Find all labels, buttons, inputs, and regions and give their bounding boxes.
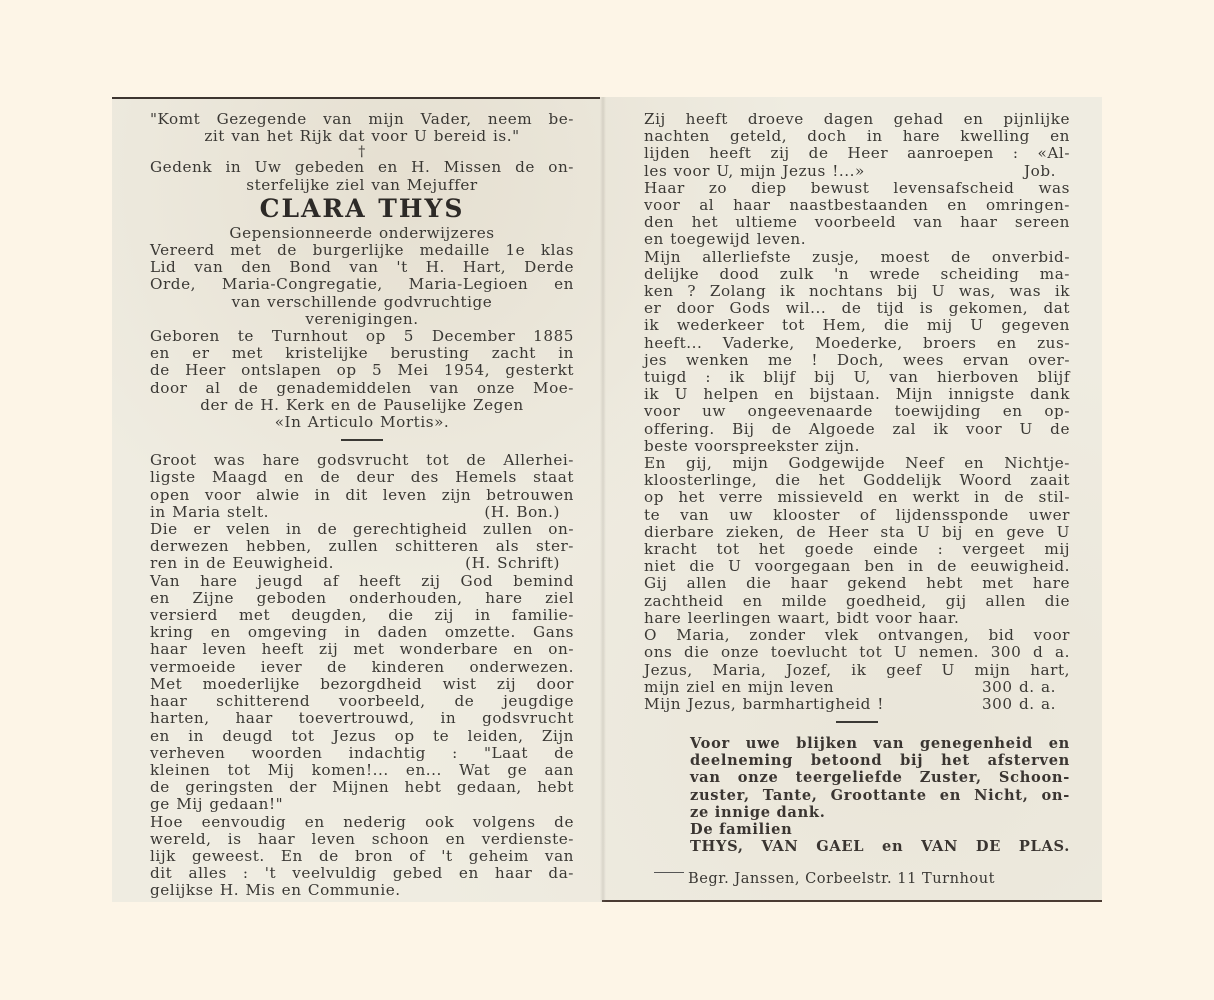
body-line: nachten geteld, doch in hare kwelling en	[644, 128, 1070, 145]
body-line: tuigd : ik blijf bij U, van hierboven bl…	[644, 369, 1070, 386]
printer-text: Begr. Janssen, Corbeelstr. 11 Turnhout	[688, 870, 995, 887]
right-panel: Zij heeft droeve dagen gehad en pijnlijk…	[644, 111, 1070, 734]
body-line: delijke dood zulk 'n wrede scheiding ma-	[644, 266, 1070, 283]
left-body-text: Groot was hare godsvrucht tot de Allerhe…	[150, 452, 574, 899]
signature-line: De familien	[690, 821, 1070, 838]
card-bottom-edge	[602, 900, 1102, 902]
body-line: ik U helpen en bijstaan. Mijn innigste d…	[644, 386, 1070, 403]
birth-line: door al de genademiddelen van onze Moe-	[150, 380, 574, 397]
body-line-text: ren in de Eeuwigheid.	[150, 555, 334, 572]
thanks-block: Voor uwe blijken van genegenheid en deel…	[690, 735, 1070, 855]
title-line: van verschillende godvruchtige	[150, 294, 574, 311]
body-line: lijden heeft zij de Heer aanroepen : «Al…	[644, 145, 1070, 162]
body-line: verheven woorden indachtig : "Laat de	[150, 745, 574, 762]
body-line: haar schitterend voorbeeld, de jeugdige	[150, 693, 574, 710]
right-body-text: Zij heeft droeve dagen gehad en pijnlijk…	[644, 111, 1070, 713]
body-line: kracht tot het goede einde : vergeet mij	[644, 541, 1070, 558]
deceased-name: CLARA THYS	[150, 195, 574, 223]
body-line: op het verre missieveld en werkt in de s…	[644, 489, 1070, 506]
body-line: en in deugd tot Jezus op te leiden, Zijn	[150, 728, 574, 745]
body-line: kloosterlinge, die het Goddelijk Woord z…	[644, 472, 1070, 489]
card-fold	[600, 97, 606, 902]
body-line: ren in de Eeuwigheid.(H. Schrift)	[150, 555, 574, 572]
birth-line: Geboren te Turnhout op 5 December 1885	[150, 328, 574, 345]
body-line: ge Mij gedaan!"	[150, 796, 574, 813]
body-line: lijk geweest. En de bron of 't geheim va…	[150, 848, 574, 865]
citation: (H. Bon.)	[484, 504, 574, 521]
body-line: Mijn allerliefste zusje, moest de onverb…	[644, 249, 1070, 266]
citation: Job.	[1024, 163, 1070, 180]
body-line: voor uw ongeevenaarde toewijding en op-	[644, 403, 1070, 420]
body-line: les voor U, mijn Jezus !...»Job.	[644, 163, 1070, 180]
thanks-line: zuster, Tante, Groottante en Nicht, on-	[690, 787, 1070, 804]
body-line: versierd met deugden, die zij in familie…	[150, 607, 574, 624]
body-line: Jezus, Maria, Jozef, ik geef U mijn hart…	[644, 662, 1070, 679]
body-line: Met moederlijke bezorgdheid wist zij doo…	[150, 676, 574, 693]
body-line: te van uw klooster of lijdenssponde uwer	[644, 507, 1070, 524]
body-line: in Maria stelt.(H. Bon.)	[150, 504, 574, 521]
body-line-text: mijn ziel en mijn leven	[644, 679, 834, 696]
body-line-text: Mijn Jezus, barmhartigheid !	[644, 696, 884, 713]
body-line: ligste Maagd en de deur des Hemels staat	[150, 469, 574, 486]
birth-death-block: Geboren te Turnhout op 5 December 1885 e…	[150, 328, 574, 431]
body-line: hare leerlingen waart, bidt voor haar.	[644, 610, 1070, 627]
quote-line: zit van het Rijk dat voor U bereid is."	[150, 128, 574, 145]
left-panel: "Komt Gezegende van mijn Vader, neem be-…	[150, 111, 574, 900]
intro-line: sterfelijke ziel van Mejuffer	[150, 177, 574, 194]
body-line: ken ? Zolang ik nochtans bij U was, was …	[644, 283, 1070, 300]
thanks-line: Voor uwe blijken van genegenheid en	[690, 735, 1070, 752]
body-line: ik wederkeer tot Hem, die mij U gegeven	[644, 317, 1070, 334]
body-line: kring en omgeving in daden omzette. Gans	[150, 624, 574, 641]
thanks-line: deelneming betoond bij het afsterven	[690, 752, 1070, 769]
body-line: En gij, mijn Godgewijde Neef en Nichtje-	[644, 455, 1070, 472]
body-line: harten, haar toevertrouwd, in godsvrucht	[150, 710, 574, 727]
body-line: haar leven heeft zij met wonderbare en o…	[150, 641, 574, 658]
body-line: kleinen tot Mij komen!... en... Wat ge a…	[150, 762, 574, 779]
body-line: en toegewijd leven.	[644, 231, 1070, 248]
body-line: Zij heeft droeve dagen gehad en pijnlijk…	[644, 111, 1070, 128]
body-line: open voor alwie in dit leven zijn betrou…	[150, 487, 574, 504]
body-line: Mijn Jezus, barmhartigheid !300 d. a.	[644, 696, 1070, 713]
body-line: wereld, is haar leven schoon en verdiens…	[150, 831, 574, 848]
title-line: Vereerd met de burgerlijke medaille 1e k…	[150, 242, 574, 259]
body-line: offering. Bij de Algoede zal ik voor U d…	[644, 421, 1070, 438]
body-line: Hoe eenvoudig en nederig ook volgens de	[150, 814, 574, 831]
cross-icon: †	[150, 145, 574, 159]
body-line: beste voorspreekster zijn.	[644, 438, 1070, 455]
printer-line: Begr. Janssen, Corbeelstr. 11 Turnhout	[654, 870, 1070, 887]
body-line: den het ultieme voorbeeld van haar seree…	[644, 214, 1070, 231]
body-line: dierbare zieken, de Heer sta U bij en ge…	[644, 524, 1070, 541]
body-line: Haar zo diep bewust levensafscheid was	[644, 180, 1070, 197]
body-line-text: in Maria stelt.	[150, 504, 269, 521]
body-line-text: les voor U, mijn Jezus !...»	[644, 163, 865, 180]
body-line: mijn ziel en mijn leven300 d. a.	[644, 679, 1070, 696]
title-line: Gepensionneerde onderwijzeres	[150, 225, 574, 242]
title-line: verenigingen.	[150, 311, 574, 328]
body-line: er door Gods wil... de tijd is gekomen, …	[644, 300, 1070, 317]
body-line: Gij allen die haar gekend hebt met hare	[644, 575, 1070, 592]
body-line: ons die onze toevlucht tot U nemen. 300 …	[644, 644, 1070, 661]
body-line: voor al haar naastbestaanden en omringen…	[644, 197, 1070, 214]
citation: 300 d. a.	[982, 696, 1070, 713]
birth-line: en er met kristelijke berusting zacht in	[150, 345, 574, 362]
body-line: heeft... Vaderke, Moederke, broers en zu…	[644, 335, 1070, 352]
quote-line: "Komt Gezegende van mijn Vader, neem be-	[150, 111, 574, 128]
body-line: dit alles : 't veelvuldig gebed en haar …	[150, 865, 574, 882]
card-top-edge	[112, 97, 600, 99]
body-line: en Zijne geboden onderhouden, hare ziel	[150, 590, 574, 607]
signature-families: THYS, VAN GAEL en VAN DE PLAS.	[690, 838, 1070, 855]
birth-line: «In Articulo Mortis».	[150, 414, 574, 431]
birth-line: der de H. Kerk en de Pauselijke Zegen	[150, 397, 574, 414]
body-line: Van hare jeugd af heeft zij God bemind	[150, 573, 574, 590]
body-line: derwezen hebben, zullen schitteren als s…	[150, 538, 574, 555]
printer-rule	[654, 872, 684, 873]
divider	[341, 439, 383, 441]
body-line: vermoeide iever de kinderen onderwezen.	[150, 659, 574, 676]
birth-line: de Heer ontslapen op 5 Mei 1954, gesterk…	[150, 362, 574, 379]
memorial-card: "Komt Gezegende van mijn Vader, neem be-…	[112, 97, 1102, 902]
thanks-line: van onze teergeliefde Zuster, Schoon-	[690, 769, 1070, 786]
citation: 300 d. a.	[982, 679, 1070, 696]
body-line: de geringsten der Mijnen hebt gedaan, he…	[150, 779, 574, 796]
thanks-line: ze innige dank.	[690, 804, 1070, 821]
body-line: O Maria, zonder vlek ontvangen, bid voor	[644, 627, 1070, 644]
title-line: Orde, Maria-Congregatie, Maria-Legioen e…	[150, 276, 574, 293]
intro-line: Gedenk in Uw gebeden en H. Missen de on-	[150, 159, 574, 176]
title-line: Lid van den Bond van 't H. Hart, Derde	[150, 259, 574, 276]
citation: (H. Schrift)	[465, 555, 574, 572]
body-line: Groot was hare godsvrucht tot de Allerhe…	[150, 452, 574, 469]
body-line: jes wenken me ! Doch, wees ervan over-	[644, 352, 1070, 369]
body-line: zachtheid en milde goedheid, gij allen d…	[644, 593, 1070, 610]
body-line: Die er velen in de gerechtigheid zullen …	[150, 521, 574, 538]
title-block: Gepensionneerde onderwijzeres Vereerd me…	[150, 225, 574, 328]
body-line: niet die U voorgegaan ben in de eeuwighe…	[644, 558, 1070, 575]
divider	[836, 721, 878, 723]
body-line: gelijkse H. Mis en Communie.	[150, 882, 574, 899]
